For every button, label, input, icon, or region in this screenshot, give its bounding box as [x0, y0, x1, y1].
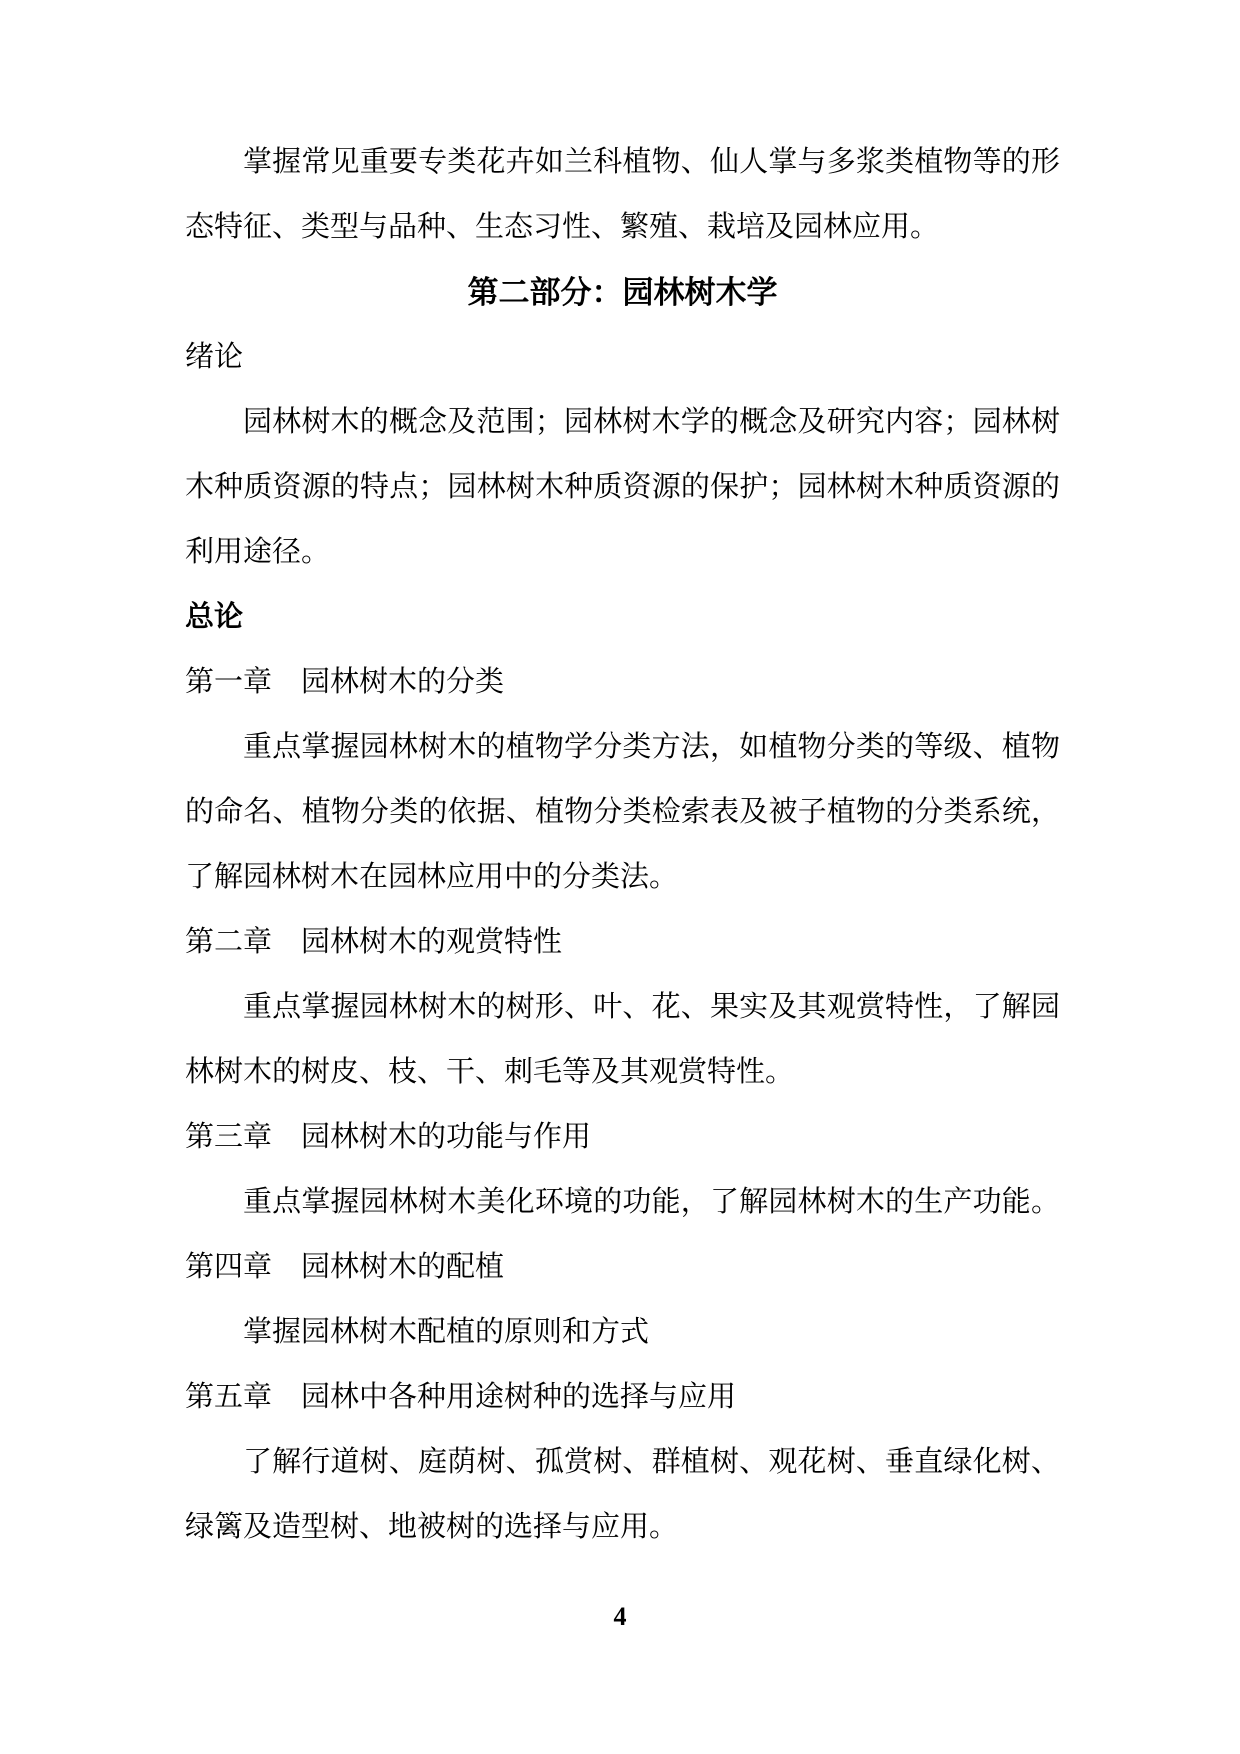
document-page: 掌握常见重要专类花卉如兰科植物、仙人掌与多浆类植物等的形 态特征、类型与品种、生… — [0, 0, 1240, 1754]
zonglun-heading: 总论 — [185, 585, 1060, 650]
chapter2-body-line-2: 林树木的树皮、枝、干、刺毛等及其观赏特性。 — [185, 1040, 1060, 1105]
chapter5-body-line-2: 绿篱及造型树、地被树的选择与应用。 — [185, 1495, 1060, 1560]
chapter2-body-line-1: 重点掌握园林树木的树形、叶、花、果实及其观赏特性，了解园 — [185, 975, 1060, 1040]
chapter2-title: 第二章 园林树木的观赏特性 — [185, 910, 1060, 975]
text-block: 掌握常见重要专类花卉如兰科植物、仙人掌与多浆类植物等的形 态特征、类型与品种、生… — [185, 130, 1060, 1560]
xulun-paragraph-line-1: 园林树木的概念及范围；园林树木学的概念及研究内容；园林树 — [185, 390, 1060, 455]
chapter1-body-line-1: 重点掌握园林树木的植物学分类方法，如植物分类的等级、植物 — [185, 715, 1060, 780]
chapter5-body-line-1: 了解行道树、庭荫树、孤赏树、群植树、观花树、垂直绿化树、 — [185, 1430, 1060, 1495]
xulun-paragraph-line-2: 木种质资源的特点；园林树木种质资源的保护；园林树木种质资源的 — [185, 455, 1060, 520]
part2-heading: 第二部分：园林树木学 — [185, 260, 1060, 325]
chapter4-title: 第四章 园林树木的配植 — [185, 1235, 1060, 1300]
chapter1-title: 第一章 园林树木的分类 — [185, 650, 1060, 715]
chapter1-body-line-2: 的命名、植物分类的依据、植物分类检索表及被子植物的分类系统， — [185, 780, 1060, 845]
xulun-paragraph-line-3: 利用途径。 — [185, 520, 1060, 585]
xulun-heading: 绪论 — [185, 325, 1060, 390]
intro-paragraph-line-1: 掌握常见重要专类花卉如兰科植物、仙人掌与多浆类植物等的形 — [185, 130, 1060, 195]
intro-paragraph-line-2: 态特征、类型与品种、生态习性、繁殖、栽培及园林应用。 — [185, 195, 1060, 260]
chapter3-body-line-1: 重点掌握园林树木美化环境的功能，了解园林树木的生产功能。 — [185, 1170, 1060, 1235]
chapter1-body-line-3: 了解园林树木在园林应用中的分类法。 — [185, 845, 1060, 910]
chapter4-body-line-1: 掌握园林树木配植的原则和方式 — [185, 1300, 1060, 1365]
chapter5-title: 第五章 园林中各种用途树种的选择与应用 — [185, 1365, 1060, 1430]
page-number: 4 — [0, 1602, 1240, 1632]
chapter3-title: 第三章 园林树木的功能与作用 — [185, 1105, 1060, 1170]
